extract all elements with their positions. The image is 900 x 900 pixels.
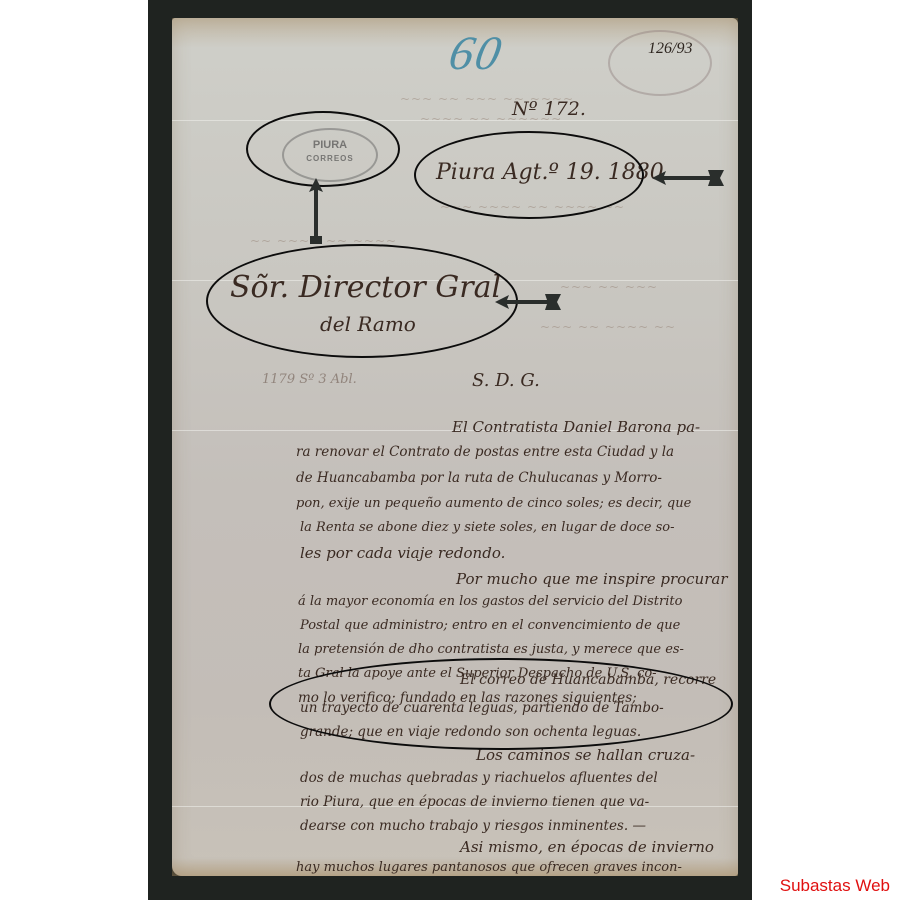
body-line: dearse con mucho trabajo y riesgos inmin… [300,818,646,834]
annotation-ellipse-postmark [246,111,400,187]
body-line: rio Piura, que en épocas de invierno tie… [300,794,649,810]
letter-number: Nº 172. [512,98,586,120]
body-line: hay muchos lugares pantanosos que ofrece… [296,860,682,875]
annotation-ellipse-route [269,658,733,750]
body-line: les por cada viaje redondo. [300,544,505,562]
body-line: pon, exije un pequeño aumento de cinco s… [296,496,691,511]
body-line: Postal que administro; entro en el conve… [300,618,680,633]
bleed-through-text: ~~~ ~~ ~~~~ ~~ [540,320,676,334]
watermark: Subastas Web [780,876,890,896]
body-line: dos de muchas quebradas y riachuelos afl… [300,770,658,786]
arrow-up-icon [306,178,326,244]
annotation-ellipse-date [414,131,644,219]
body-line: la pretensión de dho contratista es just… [298,642,684,657]
annotation-ellipse-addressee [206,244,518,358]
body-line: la Renta se abone diez y siete soles, en… [300,520,675,535]
bleed-through-text: ~~~ ~~ ~~~ [560,280,658,294]
body-line: ra renovar el Contrato de postas entre e… [296,444,674,460]
arrow-left-icon [495,292,561,312]
faint-marginal-note: 1179 Sº 3 Abl. [262,372,357,387]
body-line: á la mayor economía en los gastos del se… [298,594,682,609]
body-line: de Huancabamba por la ruta de Chulucanas… [296,470,662,486]
arrow-left-icon [652,168,724,188]
salutation: S. D. G. [472,370,540,391]
reference-number: 126/93 [648,40,692,58]
body-line: El Contratista Daniel Barona pa- [452,418,700,436]
body-line: Asi mismo, en épocas de invierno [460,838,714,856]
body-line: Por mucho que me inspire procurar [456,570,728,588]
